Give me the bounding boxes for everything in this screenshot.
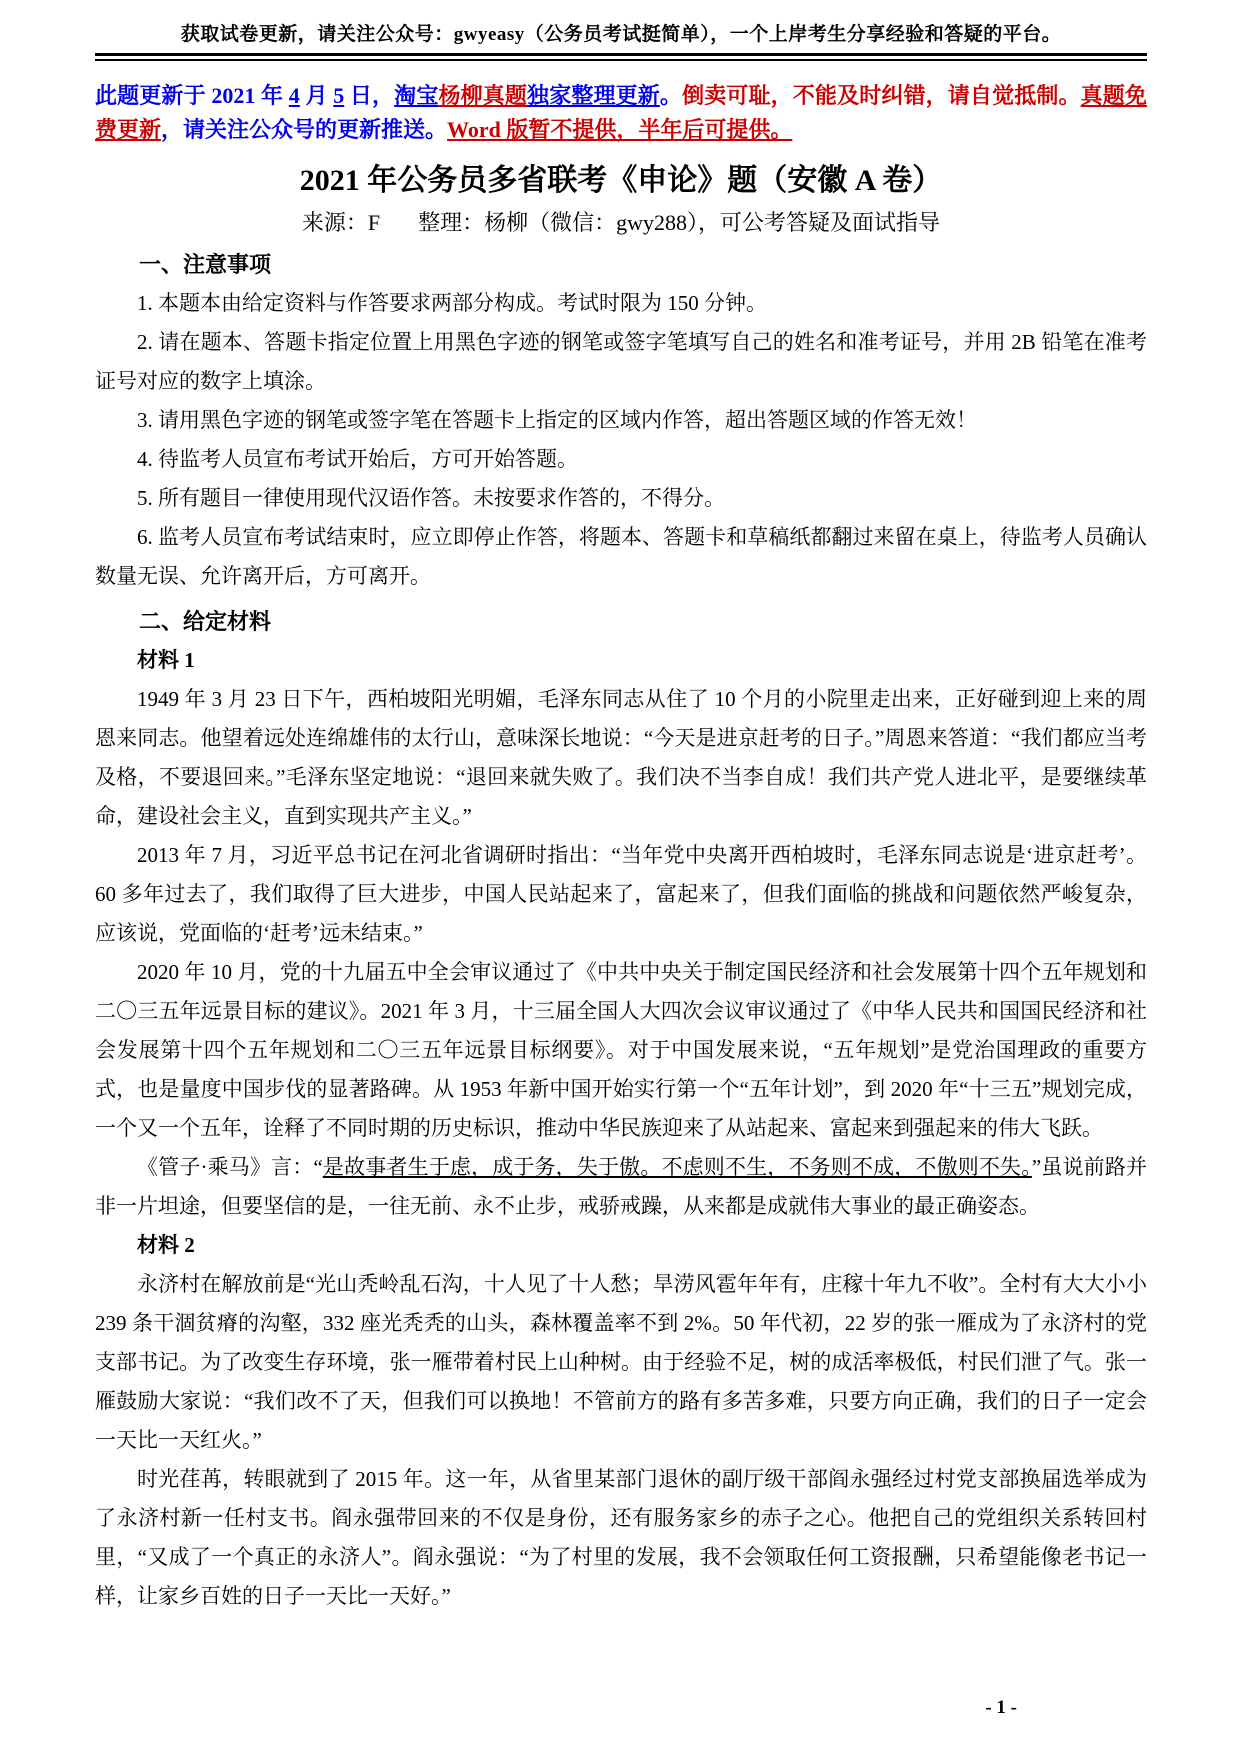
text-run: 。 xyxy=(660,83,682,108)
material-1-paragraphs: 1949 年 3 月 23 日下午，西柏坡阳光明媚，毛泽东同志从住了 10 个月… xyxy=(95,680,1147,1226)
note-item: 4. 待监考人员宣布考试开始后，方可开始答题。 xyxy=(95,440,1147,479)
text-run: Word 版暂不提供，半年后可提供。 xyxy=(447,117,792,142)
byline-editor: 整理：杨柳（微信：gwy288），可公考答疑及面试指导 xyxy=(418,210,940,235)
text-run: 月 xyxy=(300,83,333,108)
byline: 来源：F整理：杨柳（微信：gwy288），可公考答疑及面试指导 xyxy=(95,207,1147,239)
update-notice: 此题更新于 2021 年 4 月 5 日，淘宝杨柳真题独家整理更新。倒卖可耻，不… xyxy=(95,79,1147,147)
text-run: 是故事者生于虑，成于务，失于傲。不虑则不生，不务则不成，不傲则不失。 xyxy=(323,1155,1032,1179)
text-run: 此题更新于 2021 年 xyxy=(95,83,289,108)
material-paragraph: 《管子·乘马》言：“是故事者生于虑，成于务，失于傲。不虑则不生，不务则不成，不傲… xyxy=(95,1148,1147,1226)
notes-list: 1. 本题本由给定资料与作答要求两部分构成。考试时限为 150 分钟。2. 请在… xyxy=(95,284,1147,596)
note-item: 5. 所有题目一律使用现代汉语作答。未按要求作答的，不得分。 xyxy=(95,479,1147,518)
note-item: 1. 本题本由给定资料与作答要求两部分构成。考试时限为 150 分钟。 xyxy=(95,284,1147,323)
material-paragraph: 时光荏苒，转眼就到了 2015 年。这一年，从省里某部门退休的副厅级干部阎永强经… xyxy=(95,1460,1147,1616)
material-1-heading: 材料 1 xyxy=(95,641,1147,680)
page-title: 2021 年公务员多省联考《申论》题（安徽 A 卷） xyxy=(95,159,1147,203)
material-paragraph: 永济村在解放前是“光山秃岭乱石沟，十人见了十人愁；旱涝风雹年年有，庄稼十年九不收… xyxy=(95,1265,1147,1460)
header-divider-rule xyxy=(95,53,1147,61)
material-paragraph: 2020 年 10 月，党的十九届五中全会审议通过了《中共中央关于制定国民经济和… xyxy=(95,953,1147,1148)
text-run: 《管子·乘马》言：“ xyxy=(137,1155,323,1179)
text-run: ，请关注公众号的更新推送。 xyxy=(161,117,447,142)
material-2-paragraphs: 永济村在解放前是“光山秃岭乱石沟，十人见了十人愁；旱涝风雹年年有，庄稼十年九不收… xyxy=(95,1265,1147,1616)
section-heading-notes: 一、注意事项 xyxy=(95,245,1147,284)
byline-source: 来源：F xyxy=(302,210,380,235)
text-run: 杨柳真题 xyxy=(438,83,527,108)
note-item: 3. 请用黑色字迹的钢笔或签字笔在答题卡上指定的区域内作答，超出答题区域的作答无… xyxy=(95,401,1147,440)
section-heading-materials: 二、给定材料 xyxy=(95,602,1147,641)
text-run: 日， xyxy=(344,83,394,108)
text-run: 独家整理更新 xyxy=(527,83,660,108)
text-run: 5 xyxy=(333,83,344,108)
page-number: - 1 - xyxy=(985,1697,1017,1719)
text-run: 淘宝 xyxy=(394,83,438,108)
note-item: 2. 请在题本、答题卡指定位置上用黑色字迹的钢笔或签字笔填写自己的姓名和准考证号… xyxy=(95,323,1147,401)
document-page: 获取试卷更新，请关注公众号：gwyeasy（公务员考试挺简单），一个上岸考生分享… xyxy=(0,0,1239,1753)
material-paragraph: 2013 年 7 月，习近平总书记在河北省调研时指出：“当年党中央离开西柏坡时，… xyxy=(95,836,1147,953)
material-2-heading: 材料 2 xyxy=(95,1226,1147,1265)
note-item: 6. 监考人员宣布考试结束时，应立即停止作答，将题本、答题卡和草稿纸都翻过来留在… xyxy=(95,518,1147,596)
text-run: 4 xyxy=(289,83,300,108)
header-banner-text: 获取试卷更新，请关注公众号：gwyeasy（公务员考试挺简单），一个上岸考生分享… xyxy=(95,22,1147,48)
material-paragraph: 1949 年 3 月 23 日下午，西柏坡阳光明媚，毛泽东同志从住了 10 个月… xyxy=(95,680,1147,836)
text-run: 倒卖可耻，不能及时纠错，请自觉抵制。 xyxy=(682,83,1081,108)
